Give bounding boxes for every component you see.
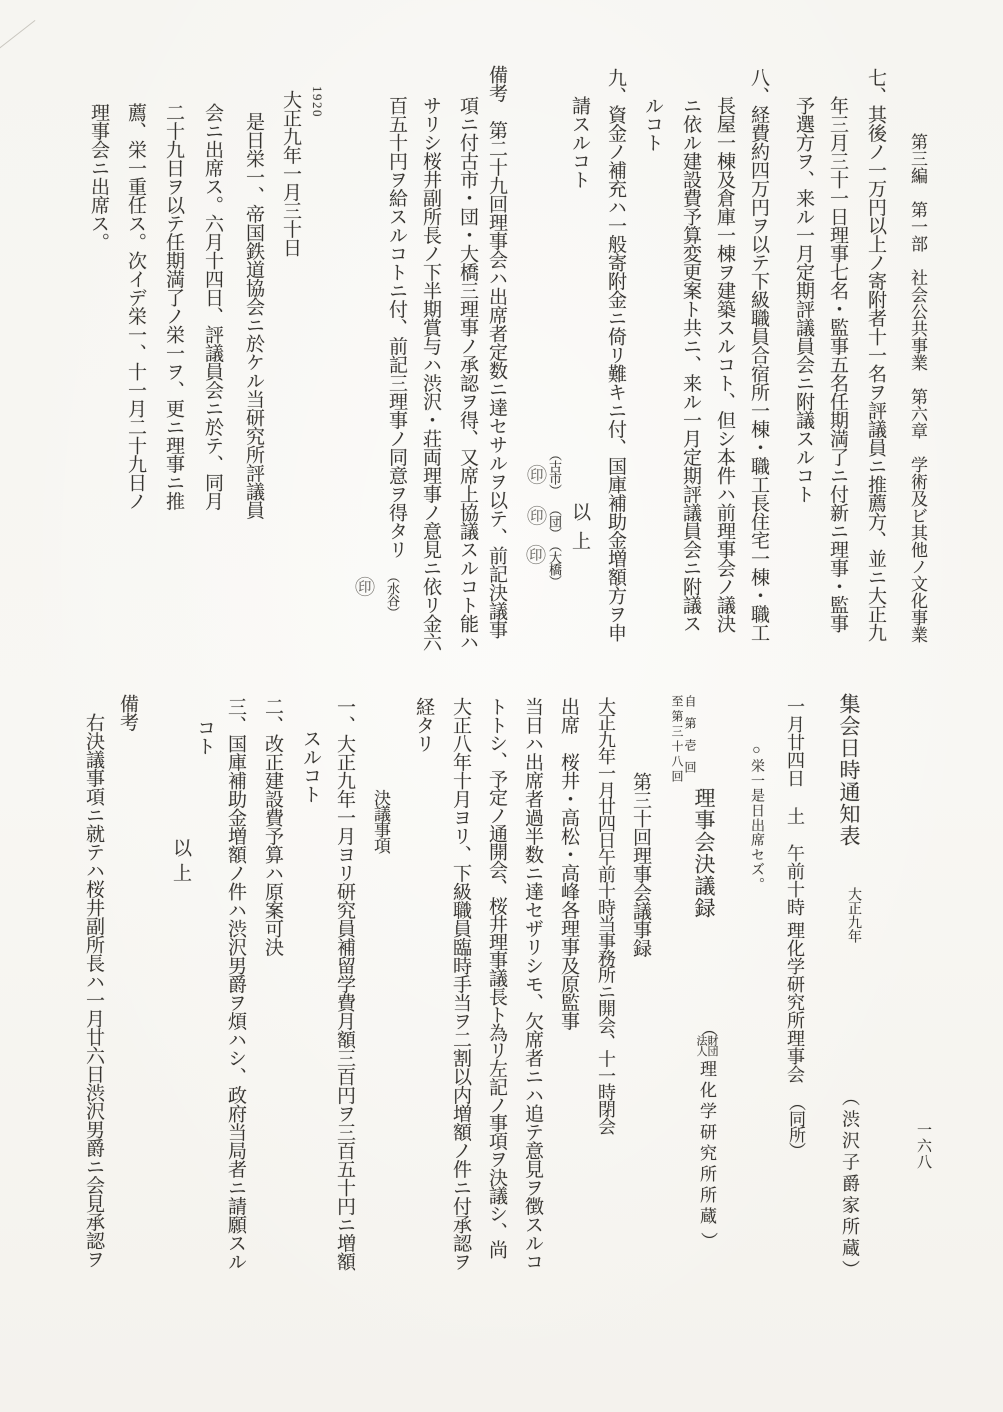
doc-range-from: 自第壱回: [684, 695, 696, 783]
text-line: 二十九日ヲ以テ任期満了ノ栄一ヲ、更ニ理事ニ推: [164, 103, 183, 510]
agenda-line: コト: [195, 718, 214, 755]
doc-source-name: 理化学研究所所蔵: [698, 1060, 715, 1228]
signatory-name: ︵古市︶: [548, 448, 561, 496]
biko-line: 項ニ付古市・団・大橋三理事ノ承認ヲ得、又席上協議スルコト能ハ: [458, 96, 477, 651]
doc-range-to: 至第三十八回: [671, 695, 683, 785]
agenda-heading: 決議事項: [372, 789, 389, 853]
text-line: ルコト: [643, 96, 662, 152]
notice-weekday: 土: [786, 807, 804, 825]
doc-source-close-paren: ︶: [699, 1232, 716, 1249]
scan-artifact: [0, 20, 35, 49]
text-line: 年三月三十一日理事七名・監事五名任期満了ニ付新ニ理事・監事: [828, 96, 847, 633]
text-line: 当日ハ出席者過半数ニ達セザリシモ、欠席者ニハ追テ意見ヲ徴スルコ: [523, 697, 542, 1271]
agenda-line: 三、国庫補助金増額ノ件ハ渋沢男爵ヲ煩ハシ、政府当局者ニ請願スル: [226, 697, 245, 1271]
text-line: 薦、栄一重任ス。次イデ栄一、十一月二十九日ノ: [126, 103, 145, 510]
entry-date: 大正九年一月三十日: [281, 90, 300, 257]
page-number: 一六八: [915, 1122, 930, 1170]
running-head: 第三編 第一部 社会公共事業 第六章 学術及ビ其他ノ文化事業: [909, 133, 926, 643]
biko-line: サリシ桜井副所長ノ下半期賞与ハ渋沢・荘両理事ノ意見ニ依リ金六: [421, 96, 440, 651]
signatory-name: ︵水谷︶: [386, 570, 399, 618]
notice-absence-note: ○栄一是日出席セズ。: [749, 743, 763, 892]
text-line: 長屋一棟及倉庫一棟ヲ建築スルコト、但シ本件ハ前理事会ノ議決: [715, 96, 734, 633]
closing-ijou: 以上: [570, 502, 589, 560]
biko-line: 右決議事項ニ就テハ桜井副所長ハ一月廿六日渋沢男爵ニ会見承認ヲ: [84, 713, 103, 1268]
text-line: ニ依ル建設費予算変更案ト共ニ、来ル一月定期評議員会ニ附議ス: [681, 96, 700, 633]
notice-source: ︵渋沢子爵家所蔵︶: [841, 1088, 859, 1282]
text-line: 七、其後ノ一万円以上ノ寄附者十一名ヲ評議員ニ推薦方、並ニ大正九: [866, 68, 885, 642]
doc-title: 理事会決議録: [693, 787, 714, 919]
closing-ijou: 以上: [171, 838, 190, 888]
notice-title: 集会日時通知表: [838, 693, 859, 847]
agenda-line: スルコト: [301, 729, 320, 803]
text-line: 理事会ニ出席ス。: [89, 103, 108, 251]
notice-era-year: 大正九年: [846, 887, 860, 943]
text-line: 大正八年十月ヨリ、下級職員臨時手当ヲ二割以内増額ノ件ニ付承認ヲ: [451, 697, 470, 1271]
seal-stamp-icon: ㊞: [527, 466, 547, 486]
document-page: 第三編 第一部 社会公共事業 第六章 学術及ビ其他ノ文化事業 一六八 七、其後ノ…: [0, 0, 1003, 1412]
text-line: 是日栄一、帝国鉄道協会ニ於ケル当研究所評議員: [244, 112, 263, 519]
signatory-name: ︵大橋︶: [548, 539, 561, 587]
biko-heading: 備考: [118, 694, 137, 731]
doc-source-org: 法人: [695, 1035, 706, 1056]
signatory-name: ︵団︶: [548, 503, 561, 539]
text-line: 大正九年一月廿四日午前十時当事務所ニ開会、十一時閉会: [597, 697, 615, 1134]
seal-stamp-icon: ㊞: [527, 507, 547, 527]
text-line: 会ニ出席ス。六月十四日、評議員会ニ於テ、同月: [203, 103, 222, 510]
text-line: 出席 桜井・高松・高峰各理事及原監事: [559, 697, 578, 1030]
agenda-line: 一、大正九年一月ヨリ研究員補留学費月額三百円ヲ三百五十円ニ増額: [335, 697, 354, 1271]
biko-line: 備考 第二十九回理事会ハ出席者定数ニ達セサルヲ以テ、前記決議事: [487, 65, 506, 639]
notice-place: ︵同所︶: [787, 1094, 804, 1158]
text-line: 経タリ: [414, 697, 433, 753]
minutes-heading: 第三十回理事会議事録: [631, 772, 650, 957]
year-margin-label: 1920: [311, 86, 324, 118]
text-line: トトシ、予定ノ通開会、桜井理事議長ト為リ左記ノ事項ヲ決議シ、尚: [487, 697, 506, 1258]
text-line: 八、経費約四万円ヲ以テ下級職員合宿所一棟・職工長住宅一棟・職工: [749, 68, 768, 642]
agenda-line: 二、改正建設費予算ハ原案可決: [263, 697, 282, 956]
notice-time: 午前十時: [786, 844, 804, 916]
notice-event: 理化学研究所理事会: [786, 921, 804, 1083]
seal-stamp-icon: ㊞: [526, 546, 546, 566]
text-line: 九、資金ノ補充ハ一般寄附金ニ倚リ難キニ付、国庫補助金増額方ヲ申: [606, 68, 625, 642]
doc-source-org: 財団: [706, 1035, 717, 1056]
text-line: 予選方ヲ、来ル一月定期評議員会ニ附議スルコト: [794, 96, 813, 503]
biko-line: 百五十円ヲ給スルコトニ付、前記三理事ノ同意ヲ得タリ: [387, 96, 406, 559]
text-line: 請スルコト: [570, 96, 589, 189]
notice-date: 一月廿四日: [786, 697, 804, 787]
seal-stamp-icon: ㊞: [355, 578, 375, 598]
